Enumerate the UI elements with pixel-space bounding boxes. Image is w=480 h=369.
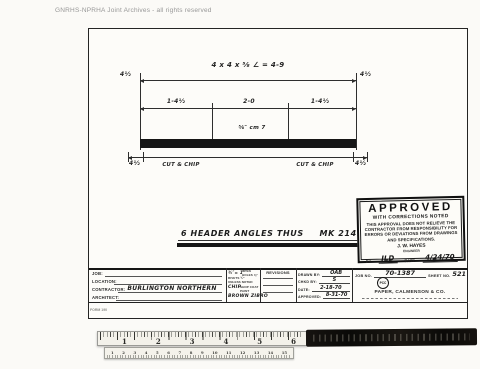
job-label: JOB: [92, 271, 103, 276]
overall-dimension-line [140, 80, 356, 81]
note-text: 6 HEADER ANGLES THUS [181, 229, 304, 238]
title-block-divider [296, 268, 297, 302]
segment-dim-right: 1-4½ [302, 98, 338, 105]
rivets-note: RIVETS ¾″ UNLESS NOTED [228, 277, 258, 285]
title-block-divider [352, 268, 353, 302]
segment-dim-center: 2-0 [234, 98, 264, 105]
revision-blank-line [263, 292, 293, 293]
ruler-small-number: 14 [268, 350, 273, 355]
contractor-value: BURLINGTON NORTHERN [122, 285, 222, 292]
ruler-small-number: 12 [240, 350, 245, 355]
checked-by-value: S [319, 277, 350, 284]
shop-coat-paint-label: SHOP COAT PAINT [240, 286, 259, 294]
job-number-row: JOB NO. 70-1387 SHEET NO. 521 [355, 269, 466, 278]
job-no-label: JOB NO. [355, 274, 372, 278]
ruler-small-number: 2 [122, 350, 125, 355]
revision-blank-line [263, 278, 293, 279]
stamp-by-label: BY [366, 259, 372, 264]
cut-dimension-line [128, 157, 367, 158]
division-line [288, 108, 289, 140]
cut-note-left: CUT & CHIP [150, 162, 212, 168]
approved-row: APPROVED: 8-31-70 [298, 292, 350, 299]
ruler-small-number: 9 [201, 350, 204, 355]
ruler-inch-number: 6 [291, 337, 296, 346]
revision-blank-line [263, 285, 293, 286]
paint-value: BROWN ZIBRO [228, 294, 268, 299]
ruler-small-number: 6 [167, 350, 170, 355]
date-row: DATE: 2-18-70 [298, 285, 350, 292]
ruler-small-number: 10 [212, 350, 217, 355]
dimension-tick [143, 152, 144, 162]
title-block-divider [226, 268, 227, 302]
ruler-small-numbers: 123456789101112131415 [111, 350, 287, 355]
job-blank-line [105, 276, 222, 277]
division-line [212, 108, 213, 140]
stamp-title: APPROVED [362, 201, 458, 215]
end-dimension-right: 4½ [360, 71, 371, 78]
small-scale-ruler: 123456789101112131415 [104, 347, 294, 359]
date-label: DATE: [298, 288, 310, 292]
approval-stamp: APPROVED WITH CORRECTIONS NOTED THIS APP… [356, 196, 465, 263]
sheet-no-label: SHEET NO. [428, 274, 450, 278]
ruler-inch-number: 1 [122, 337, 127, 346]
overall-dimension-label: 4 x 4 x ⅝ ∠ = 4-9 [175, 61, 321, 69]
inch-ruler: 123456 [97, 331, 307, 346]
stamp-date-value: 4/24/70 [422, 253, 458, 263]
arrowhead-icon [352, 107, 356, 111]
contractor-line [118, 292, 222, 293]
ruler-small-number: 13 [254, 350, 259, 355]
ruler-inch-number: 4 [223, 337, 228, 346]
drawn-by-row: DRAWN BY: OAB [298, 270, 350, 277]
cut-note-right: CUT & CHIP [284, 162, 346, 168]
ruler-inch-numbers: 123456 [122, 337, 296, 346]
ruler-inch-number: 3 [190, 337, 195, 346]
stamp-by-signature: JLD [378, 254, 397, 263]
ruler-small-number: 1 [111, 350, 114, 355]
ruler-small-number: 15 [282, 350, 287, 355]
company-name: PAPER, CALMENSON & CO. [353, 290, 467, 295]
architect-blank-line [116, 300, 222, 301]
dimension-tick [353, 152, 354, 162]
stamp-date-label: DATE [404, 258, 415, 263]
ruler-small-number: 11 [226, 350, 231, 355]
segment-dim-left: 1-4½ [158, 98, 194, 105]
approval-stamp-inner-border: APPROVED WITH CORRECTIONS NOTED THIS APP… [359, 199, 462, 260]
revisions-label: REVISIONS [262, 270, 294, 275]
header-angle-note: 6 HEADER ANGLES THUS MK 2141 [181, 229, 363, 238]
archive-notice: GNRHS-NPRHA Joint Archives - all rights … [55, 7, 212, 14]
drawn-by-value: OAB [322, 270, 350, 277]
company-fine-print [362, 298, 458, 300]
ruler-fine-ticks [107, 355, 291, 359]
dimension-tick [367, 152, 368, 162]
cut-dim-left: 4½ [129, 160, 140, 167]
cut-dim-right: 4½ [355, 160, 366, 167]
note-underline-thin [178, 240, 359, 241]
dark-photo-strip [306, 328, 477, 346]
approved-label: APPROVED: [298, 295, 321, 299]
title-block-bottom-border [89, 302, 468, 303]
arrowhead-icon [140, 107, 144, 111]
scanned-drawing-page: GNRHS-NPRHA Joint Archives - all rights … [0, 0, 480, 369]
bar-note: ⅝″ cm 7 [220, 125, 284, 131]
extension-line-right [356, 73, 357, 150]
form-number: FORM 190 [90, 308, 107, 312]
ruler-small-number: 8 [190, 350, 193, 355]
checked-by-label: CHKD BY: [298, 280, 317, 284]
angle-bar [140, 139, 356, 148]
stamp-disclaimer: THIS APPROVAL DOES NOT RELIEVE THE CONTR… [363, 219, 459, 243]
date-value: 2-18-70 [312, 285, 350, 292]
segment-dimension-line [140, 108, 356, 109]
checked-by-row: CHKD BY: S [298, 277, 350, 284]
ruler-small-number: 5 [156, 350, 159, 355]
approved-value: 8-31-70 [323, 292, 350, 299]
ruler-small-number: 7 [179, 350, 182, 355]
ruler-small-number: 4 [145, 350, 148, 355]
ruler-small-number: 3 [134, 350, 137, 355]
end-dimension-left: 4½ [120, 71, 131, 78]
drawn-by-label: DRAWN BY: [298, 273, 320, 277]
sheet-no-value: 521 [452, 270, 466, 278]
note-underline-heavy [177, 243, 360, 247]
ruler-inch-number: 2 [156, 337, 161, 346]
pcc-logo-icon: PCC [377, 277, 389, 289]
ruler-inch-number: 5 [257, 337, 262, 346]
